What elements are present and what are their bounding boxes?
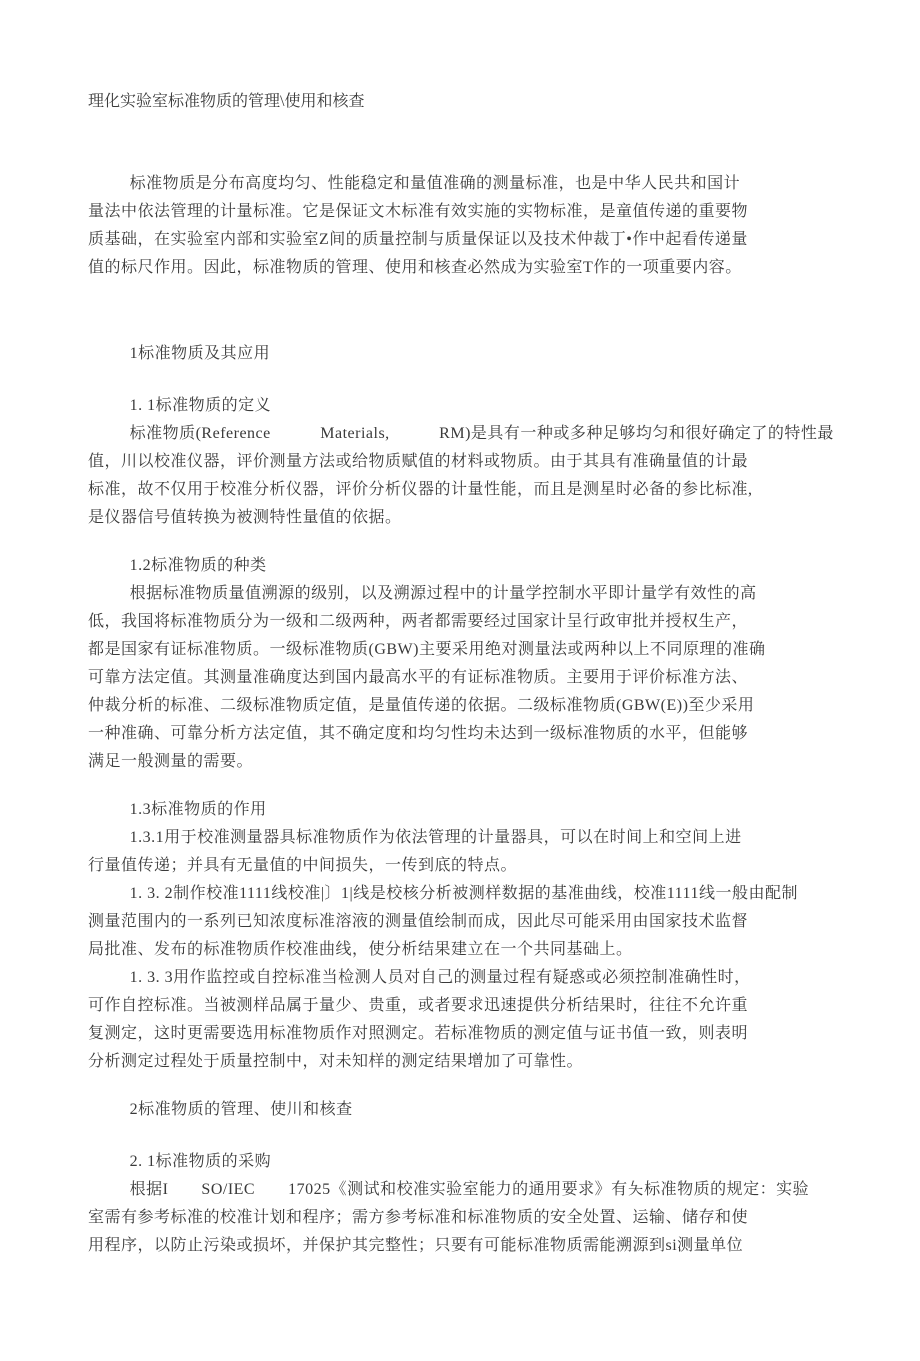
text-line: 用程序，以防止污染或损坏，并保护其完整性；只要有可能标准物质需能溯源到si测量单… xyxy=(88,1232,840,1260)
text-line: 标准物质是分布高度均匀、性能稳定和量值准确的测量标准，也是中华人民共和国计 xyxy=(88,170,840,198)
text-line: 都是国家有证标准物质。一级标准物质(GBW)主要采用绝对测量法或两种以上不同原理… xyxy=(88,636,840,664)
document-title: 理化实验室标准物质的管理\使用和核查 xyxy=(88,88,840,116)
text-line: 值，川以校准仪器，评价测量方法或给物质赋值的材料或物质。由于其具有准确量值的计最 xyxy=(88,448,840,476)
text-line: 分析测定过程处于质量控制中，对未知样的测定结果增加了可靠性。 xyxy=(88,1048,840,1076)
text-line: 2标准物质的管理、使川和核查 xyxy=(88,1096,840,1124)
text-line: 一种准确、可靠分析方法定值，其不确定度和均匀性均未达到一级标准物质的水平，但能够 xyxy=(88,720,840,748)
text-line: 局批准、发布的标准物质作校准曲线，使分析结果建立在一个共同基础上。 xyxy=(88,936,840,964)
section-heading: 2标准物质的管理、使川和核查 xyxy=(88,1096,840,1124)
paragraph: 标准物质(Reference Materials, RM)是具有一种或多种足够均… xyxy=(88,420,840,532)
section-heading: 1.2标准物质的种类 xyxy=(88,552,840,580)
section-heading: 1标准物质及其应用 xyxy=(88,340,840,368)
document-page: 理化实验室标准物质的管理\使用和核查 标准物质是分布高度均匀、性能稳定和量值准确… xyxy=(0,0,920,1361)
text-line: 复测定，这时更需要选用标准物质作对照测定。若标准物质的测定值与证书值一致，则表明 xyxy=(88,1020,840,1048)
text-line: 标准物质(Reference Materials, RM)是具有一种或多种足够均… xyxy=(88,420,840,448)
text-line: 质基础，在实验室内部和实验室Z间的质量控制与质量保证以及技术仲裁丁•作中起看传递… xyxy=(88,226,840,254)
text-line: 行量值传递；并具有无量值的中间损失，一传到底的特点。 xyxy=(88,852,840,880)
text-line: 可作自控标准。当被测样品属于量少、贵重，或者要求迅速提供分析结果时，往往不允许重 xyxy=(88,992,840,1020)
paragraph: 1.3.1用于校准测量器具标准物质作为依法管理的计量器具，可以在时间上和空间上进… xyxy=(88,824,840,1076)
section-heading: 2. 1标准物质的采购 xyxy=(88,1148,840,1176)
text-line: 根据标准物质量值溯源的级别，以及溯源过程中的计量学控制水平即计量学有效性的高 xyxy=(88,580,840,608)
paragraph: 根据标准物质量值溯源的级别，以及溯源过程中的计量学控制水平即计量学有效性的高低，… xyxy=(88,580,840,776)
text-line: 2. 1标准物质的采购 xyxy=(88,1148,840,1176)
text-line: 低，我国将标准物质分为一级和二级两种，两者都需要经过国家计呈行政审批并授权生产， xyxy=(88,608,840,636)
text-line: 标准，故不仅用于校准分析仪器，评价分析仪器的计量性能，而且是测星时必备的参比标准… xyxy=(88,476,840,504)
document-blocks: 标准物质是分布高度均匀、性能稳定和量值准确的测量标准，也是中华人民共和国计量法中… xyxy=(88,170,840,1260)
text-line: 是仪器信号值转换为被测特性量值的依据。 xyxy=(88,504,840,532)
text-line: 1.3.1用于校准测量器具标准物质作为依法管理的计量器具，可以在时间上和空间上进 xyxy=(88,824,840,852)
section-heading: 1.3标准物质的作用 xyxy=(88,796,840,824)
text-line: 1. 3. 3用作监控或自控标准当检测人员对自己的测量过程有疑惑或必须控制准确性… xyxy=(88,964,840,992)
text-line: 1. 3. 2制作校准1111线校准|〕1|线是校核分析被测样数据的基准曲线，校… xyxy=(88,880,840,908)
text-line: 满足一般测量的需要。 xyxy=(88,748,840,776)
text-line: 1.3标准物质的作用 xyxy=(88,796,840,824)
text-line: 值的标尺作用。因此，标准物质的管理、使用和核查必然成为实验室T作的一项重要内容。 xyxy=(88,254,840,282)
paragraph: 根据I SO/IEC 17025《测试和校准实验室能力的通用要求》有夨标准物质的… xyxy=(88,1176,840,1260)
text-line: 室需有参考标准的校准计划和程序；需方参考标准和标准物质的安全处置、运输、储存和使 xyxy=(88,1204,840,1232)
text-line: 可靠方法定值。其测量准确度达到国内最高水平的有证标准物质。主要用于评价标准方法、 xyxy=(88,664,840,692)
text-line: 1. 1标准物质的定义 xyxy=(88,392,840,420)
text-line: 1.2标准物质的种类 xyxy=(88,552,840,580)
section-heading: 1. 1标准物质的定义 xyxy=(88,392,840,420)
text-line: 量法中依法管理的计量标准。它是保证文木标准有效实施的实物标准，是童值传递的重要物 xyxy=(88,198,840,226)
text-line: 测量范围内的一系列已知浓度标准溶液的测量值绘制而成，因此尽可能采用由国家技术监督 xyxy=(88,908,840,936)
text-line: 仲裁分析的标准、二级标准物质定值，是量值传递的依据。二级标准物质(GBW(E))… xyxy=(88,692,840,720)
text-line: 根据I SO/IEC 17025《测试和校准实验室能力的通用要求》有夨标准物质的… xyxy=(88,1176,840,1204)
text-line: 1标准物质及其应用 xyxy=(88,340,840,368)
paragraph: 标准物质是分布高度均匀、性能稳定和量值准确的测量标准，也是中华人民共和国计量法中… xyxy=(88,170,840,282)
